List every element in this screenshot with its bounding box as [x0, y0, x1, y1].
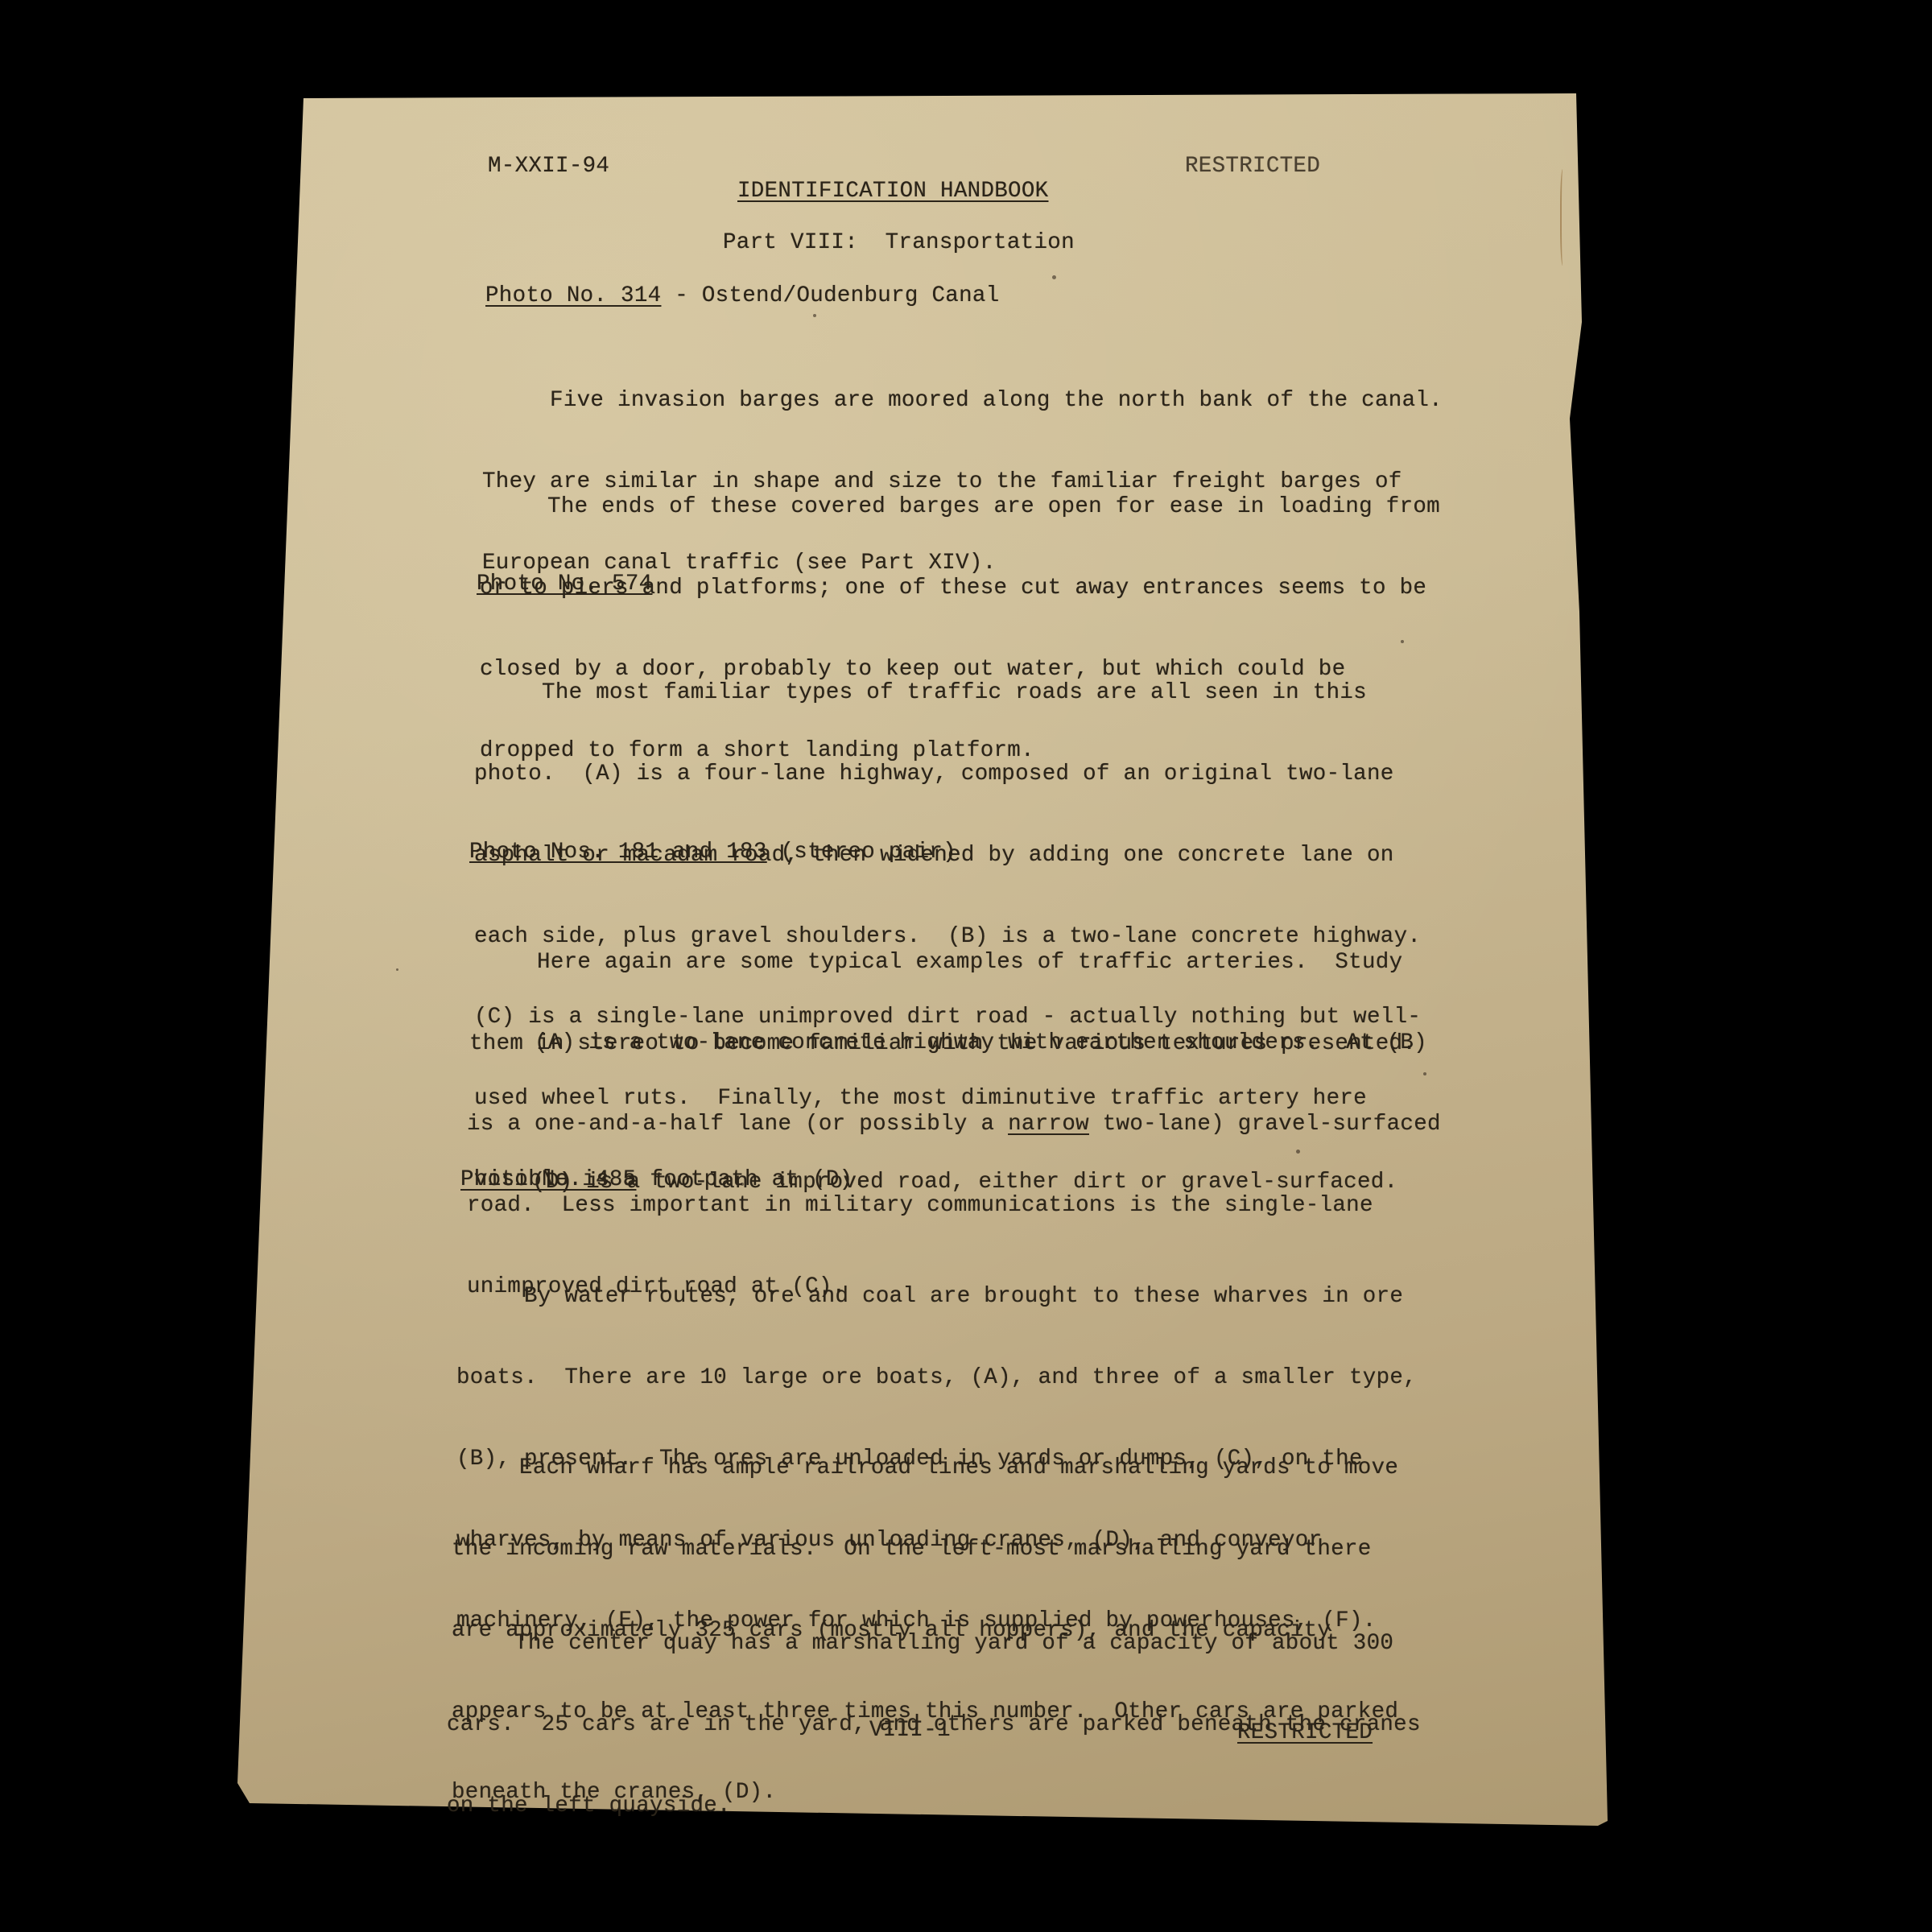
- document-number: M-XXII-94: [488, 153, 609, 180]
- section-heading-photo-181-183: Photo Nos. 181 and 183 (stereo pair): [469, 839, 956, 866]
- ink-speck: [396, 968, 398, 971]
- header-classification: RESTRICTED: [1185, 153, 1320, 180]
- section-heading-photo-485: Photo No. 485: [460, 1166, 636, 1194]
- text-line: Each wharf has ample railroad lines and …: [452, 1455, 1398, 1482]
- text-line: the incoming raw materials. On the left-…: [452, 1536, 1398, 1563]
- ink-speck: [825, 562, 828, 565]
- text-line: Here again are some typical examples of …: [469, 949, 1416, 976]
- text-line: Five invasion barges are moored along th…: [482, 387, 1443, 415]
- text-line: The ends of these covered barges are ope…: [480, 493, 1440, 521]
- heading-underlined: Photo No. 485: [460, 1167, 636, 1192]
- text-line: boats. There are 10 large ore boats, (A)…: [456, 1364, 1417, 1392]
- heading-underlined: Photo No. 314: [485, 283, 661, 308]
- document-title: IDENTIFICATION HANDBOOK: [737, 178, 1048, 205]
- text-line: photo. (A) is a four-lane highway, compo…: [474, 761, 1421, 788]
- heading-rest: - Ostend/Oudenburg Canal: [661, 283, 999, 308]
- ink-speck: [741, 1183, 744, 1186]
- ink-speck: [813, 314, 816, 317]
- text-line: The center quay has a marshalling yard o…: [447, 1630, 1421, 1657]
- page-number: VIII-1: [869, 1717, 951, 1744]
- section-heading-photo-314: Photo No. 314 - Ostend/Oudenburg Canal: [485, 283, 1000, 310]
- part-heading: Part VIII: Transportation: [723, 229, 1075, 257]
- footer-classification: RESTRICTED: [1237, 1719, 1373, 1747]
- heading-underlined: Photo Nos. 181 and 183: [469, 840, 767, 865]
- ink-speck: [1423, 1072, 1426, 1075]
- paper-edge-crease: [1560, 169, 1567, 266]
- text-line: The most familiar types of traffic roads…: [474, 679, 1421, 707]
- text-line: on the left quayside.: [447, 1793, 1421, 1820]
- text-line: By water routes, ore and coal are brough…: [456, 1283, 1417, 1311]
- heading-underlined: Photo No. 574: [477, 572, 652, 597]
- ink-speck: [1401, 640, 1404, 643]
- section-heading-photo-574: Photo No. 574: [477, 571, 652, 598]
- ink-speck: [1296, 1150, 1300, 1154]
- ink-speck: [1052, 275, 1056, 279]
- heading-rest: (stereo pair): [767, 840, 956, 865]
- photo-stage: M-XXII-94 RESTRICTED IDENTIFICATION HAND…: [0, 0, 1932, 1932]
- text-line: (A) is a two-lane concrete highway with …: [467, 1030, 1441, 1057]
